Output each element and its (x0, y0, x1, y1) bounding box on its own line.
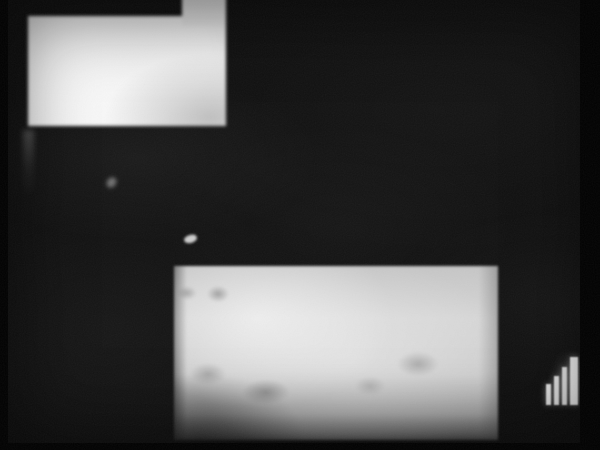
volume-bars-icon (546, 355, 580, 405)
light-streak (23, 130, 34, 198)
white-panel-top-column (182, 0, 226, 26)
gray-panel (174, 266, 498, 440)
film-frame (0, 0, 600, 450)
frame-border-right (580, 0, 600, 450)
frame-border-bottom (0, 443, 600, 450)
white-panel (0, 0, 300, 180)
white-panel-main (28, 16, 226, 126)
volume-bar (546, 384, 551, 405)
volume-bar (554, 376, 559, 405)
frame-border-left (0, 0, 8, 450)
volume-bar (570, 357, 578, 405)
volume-bar (562, 367, 567, 405)
